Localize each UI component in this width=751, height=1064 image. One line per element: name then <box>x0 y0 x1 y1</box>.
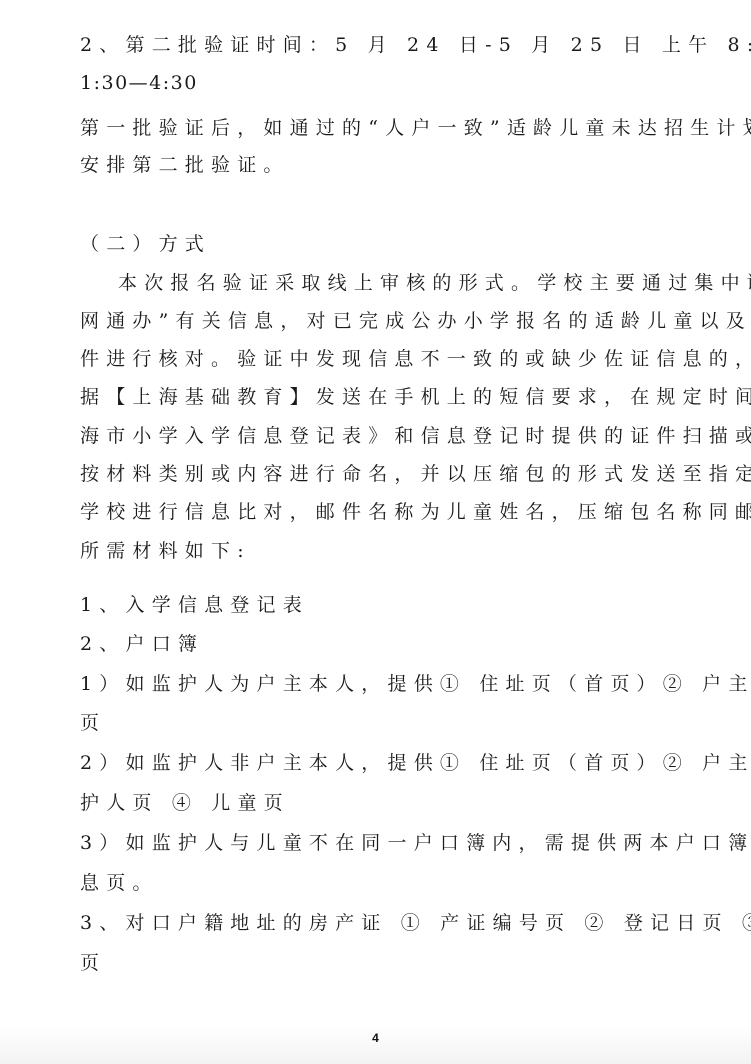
paragraph-line: 第一批验证后，如通过的“人户一致”适龄儿童未达招生计划数，则 <box>80 116 680 140</box>
list-item: 3、对口户籍地址的房产证 ① 产证编号页 ② 登记日页 ③ 产权人 <box>80 911 680 935</box>
sub-list-item: 2）如监护人非户主本人，提供① 住址页（首页）② 户主页 ③ 监 <box>80 751 680 775</box>
sub-list-item-continued: 息页。 <box>80 871 680 895</box>
paragraph-line: 按材料类别或内容进行命名，并以压缩包的形式发送至指定邮箱，供 <box>80 462 680 486</box>
second-batch-time-line: 2、第二批验证时间：5 月 24 日-5 月 25 日 上午 8:30—11:3… <box>80 33 680 57</box>
paragraph-line: 海市小学入学信息登记表》和信息登记时提供的证件扫描或拍照后， <box>80 424 680 448</box>
sub-list-item-continued: 护人页 ④ 儿童页 <box>80 791 680 815</box>
paragraph-line: 本次报名验证采取线上审核的形式。学校主要通过集中调取“一 <box>118 271 718 295</box>
paragraph-line: 件进行核对。验证中发现信息不一致的或缺少佐证信息的，家长须根 <box>80 347 680 371</box>
paragraph-line: 所需材料如下: <box>80 539 680 563</box>
sub-list-item-continued: 页 <box>80 711 680 735</box>
sub-list-item: 3）如监护人与儿童不在同一户口簿内，需提供两本户口簿的相关信 <box>80 831 680 855</box>
page-number: 4 <box>0 1031 751 1045</box>
paragraph-line: 安排第二批验证。 <box>80 153 680 177</box>
document-page: 2、第二批验证时间：5 月 24 日-5 月 25 日 上午 8:30—11:3… <box>0 0 751 1064</box>
paragraph-line: 学校进行信息比对，邮件名称为儿童姓名，压缩包名称同邮件名称， <box>80 500 680 524</box>
list-item-continued: 页 <box>80 951 680 975</box>
paragraph-line: 网通办”有关信息，对已完成公办小学报名的适龄儿童以及家长的证 <box>80 309 680 333</box>
sub-list-item: 1）如监护人为户主本人，提供① 住址页（首页）② 户主页 ③儿童 <box>80 672 680 696</box>
second-batch-time-continued: 1:30—4:30 <box>80 71 680 95</box>
list-item: 1、入学信息登记表 <box>80 593 680 617</box>
paragraph-line: 据【上海基础教育】发送在手机上的短信要求，在规定时间内，将《上 <box>80 385 680 409</box>
list-item: 2、户口簿 <box>80 632 680 656</box>
section-heading-method: （二）方式 <box>80 232 680 256</box>
